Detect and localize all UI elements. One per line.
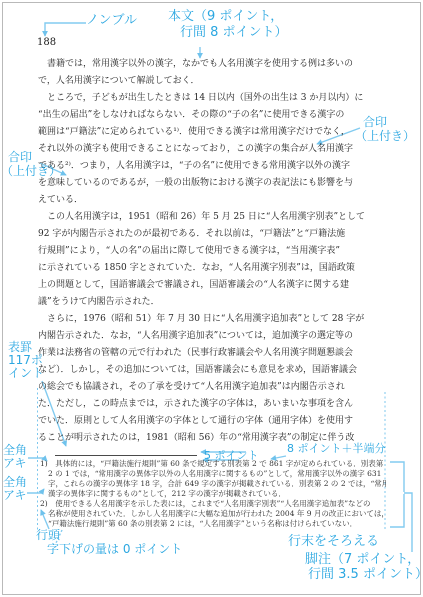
- footnote-line: 2) 使用できる人名用漢字を示した表には，これまで“人名用漢字別表”“人名用漢字…: [40, 499, 386, 509]
- annotation-aijirushi-left-line1: 合印: [8, 151, 32, 164]
- annotation-honbun-line1: 本文（9 ポイント，: [168, 10, 283, 24]
- annotation-kyakuchu-line2: 行間 3.5 ポイント）: [308, 568, 423, 582]
- annotation-aijirushi-right-line1: 合印: [363, 116, 387, 129]
- annotation-gyoto: 行頭: [36, 529, 60, 542]
- annotation-hyokei-line3: イント: [8, 367, 44, 380]
- footnote-line: 2 の 1 では，“常用漢字の異体字以外の人名用漢字に関するもの”として，常用漢…: [48, 469, 386, 479]
- footnote-line: 漢字の異体字に関するもの”として，212 字の漢字が掲載されている．: [48, 489, 386, 499]
- annotation-kyakuchu-line1: 脚注（7 ポイント，: [305, 553, 420, 567]
- annotation-zenkaku-aki1-line2: アキ: [3, 457, 27, 470]
- annotation-honbun-line2: 行間 8 ポイント）: [180, 26, 288, 40]
- footnote-rule: [55, 455, 197, 456]
- nombre-pointer-line: [45, 23, 86, 36]
- footnote-line: 名称が使用されていた．しかし人名用漢字に大幅な追加が行われた 2004 年 9 …: [48, 509, 386, 519]
- annotation-jisage: 字下げの量は 0 ポイント: [47, 543, 182, 556]
- book-page-spread: 188 書籍では，常用漢字以外の漢字，なかでも人名用漢字を使用する例は多いの で…: [0, 0, 423, 597]
- annotation-eight-point: 8 ポイント＋半端分: [287, 443, 386, 455]
- footnote-line: 字，これらの漢字の異体字 18 字，合計 649 字の漢字が掲載されている．別表…: [48, 479, 386, 489]
- annotation-aijirushi-left-line2: （上付き）: [1, 165, 61, 178]
- footnote-bracket: [390, 462, 412, 552]
- zenkaku-aki-2-pointer: [27, 489, 44, 493]
- annotation-zenkaku-aki2-line2: アキ: [3, 489, 27, 502]
- annotation-gyomatsu: 行末をそろえる: [288, 535, 379, 549]
- annotation-five-point: 5 ポイント: [204, 450, 259, 462]
- footnote-line: “戸籍法施行規則”第 60 条の別表第 2 には，“人名用漢字”という名称は付け…: [48, 519, 386, 529]
- annotation-aijirushi-right-line2: （上付き）: [355, 130, 415, 143]
- page-number: 188: [37, 37, 56, 48]
- annotation-nombre: ノンブル: [86, 14, 137, 28]
- body-text-block: 書籍では，常用漢字以外の漢字，なかでも人名用漢字を使用する例は多いの で，人名用…: [38, 56, 387, 448]
